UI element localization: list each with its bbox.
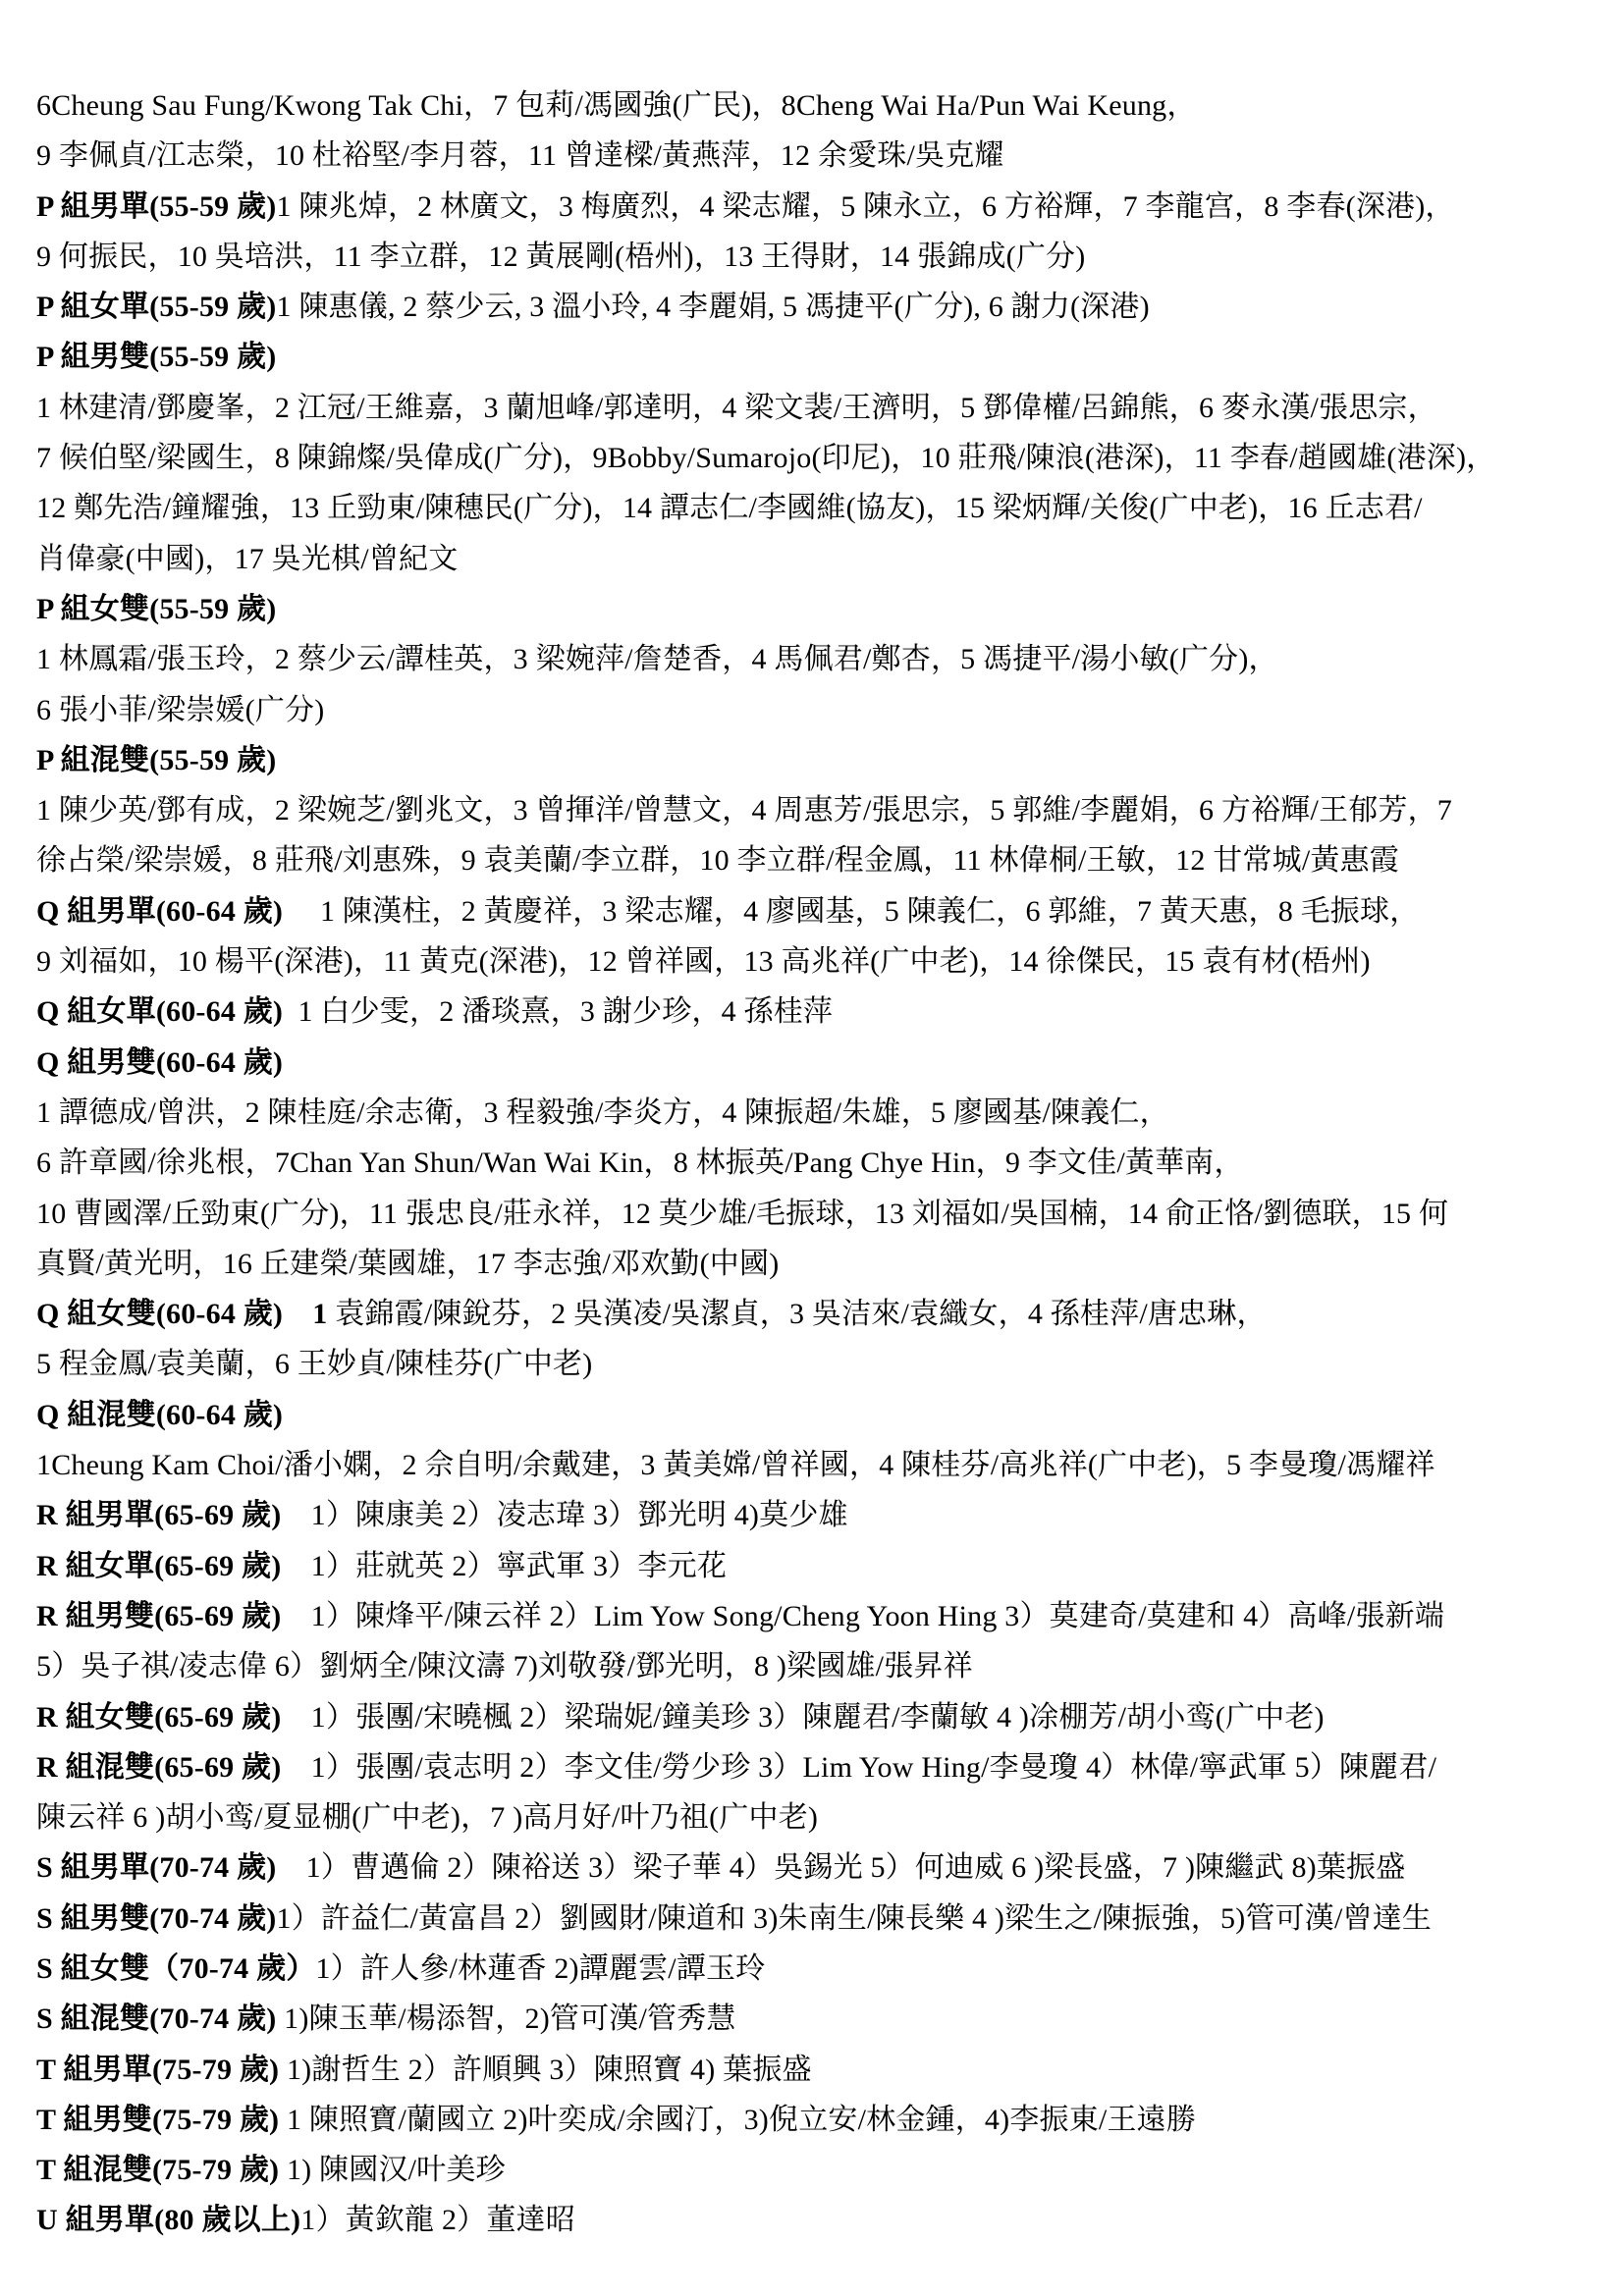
text-segment: 1 陳惠儀, 2 蔡少云, 3 溫小玲, 4 李麗娟, 5 馮捷平(广分), 6… (276, 291, 1149, 323)
section-header-text: P 組混雙(55-59 歲) (36, 744, 276, 776)
text-segment: 6 張小菲/梁崇媛(广分) (36, 694, 324, 726)
document-body: 6Cheung Sau Fung/Kwong Tak Chi，7 包莉/馮國強(… (36, 80, 1597, 2246)
section-header-text: Q 組男雙(60-64 歲) (36, 1046, 283, 1079)
text-segment: 1）莊就英 2）寧武軍 3）李元花 (281, 1550, 727, 1582)
section-header-text: R 組女單(65-69 歲) (36, 1550, 281, 1582)
text-line: 1 陳少英/鄧有成，2 梁婉芝/劉兆文，3 曾揮洋/曾慧文，4 周惠芳/張思宗，… (36, 785, 1597, 835)
text-segment: 1 陳漢柱，2 黃慶祥，3 梁志耀，4 廖國基，5 陳義仁，6 郭維，7 黃天惠… (283, 895, 1419, 928)
text-line: P 組女雙(55-59 歲) (36, 584, 1597, 634)
text-segment: 1 陳照寶/蘭國立 2)叶奕成/余國汀，3)倪立安/林金鍾，4)李振東/王遠勝 (279, 2104, 1196, 2136)
text-segment: 1 林建清/鄧慶峯，2 江冠/王維嘉，3 蘭旭峰/郭達明，4 梁文裴/王濟明，5… (36, 392, 1437, 424)
section-header-text: T 組混雙(75-79 歲) (36, 2154, 279, 2186)
text-line: R 組女雙(65-69 歲) 1）張團/宋曉楓 2）梁瑞妮/鐘美珍 3）陳麗君/… (36, 1692, 1597, 1742)
section-header-text: R 組女雙(65-69 歲) (36, 1701, 281, 1734)
text-line: P 組混雙(55-59 歲) (36, 735, 1597, 785)
section-header-text: S 組混雙(70-74 歲) (36, 2002, 276, 2035)
text-segment: 9 李佩貞/江志榮，10 杜裕堅/李月蓉，11 曾達樑/黃燕萍，12 余愛珠/吳… (36, 139, 1004, 172)
text-segment: 真賢/黄光明，16 丘建榮/葉國雄，17 李志強/邓欢勤(中國) (36, 1248, 779, 1280)
section-header-text: Q 組混雙(60-64 歲) (36, 1399, 283, 1431)
section-header-text: R 組男雙(65-69 歲) (36, 1600, 281, 1632)
text-line: 5）吳子祺/凌志偉 6）劉炳全/陳汶濤 7)刘敬發/鄧光明，8 )梁國雄/張昇祥 (36, 1641, 1597, 1691)
text-segment: 1 白少雯，2 潘琰熹，3 謝少珍，4 孫桂萍 (283, 995, 833, 1028)
text-segment: 9 何振民，10 吳培洪，11 李立群，12 黃展剛(梧州)，13 王得財，14… (36, 240, 1085, 273)
text-line: R 組混雙(65-69 歲) 1）張團/袁志明 2）李文佳/勞少珍 3）Lim … (36, 1742, 1597, 1792)
text-segment: 1）張團/宋曉楓 2）梁瑞妮/鐘美珍 3）陳麗君/李蘭敏 4 )凃棚芳/胡小鸾(… (281, 1701, 1324, 1734)
text-line: R 組男單(65-69 歲) 1）陳康美 2）凌志瑋 3）鄧光明 4)莫少雄 (36, 1490, 1597, 1540)
text-line: 1 林鳳霜/張玉玲，2 蔡少云/譚桂英，3 梁婉萍/詹楚香，4 馬佩君/鄭杏，5… (36, 634, 1597, 684)
text-line: 1Cheung Kam Choi/潘小嫻，2 佘自明/余戴建，3 黃美嫦/曾祥國… (36, 1440, 1597, 1490)
text-line: S 組男單(70-74 歲) 1）曹邁倫 2）陳裕送 3）梁子華 4）吳錫光 5… (36, 1842, 1597, 1893)
text-segment: 肖偉豪(中國)，17 吳光棋/曾紀文 (36, 543, 458, 575)
text-line: 肖偉豪(中國)，17 吳光棋/曾紀文 (36, 534, 1597, 584)
text-line: R 組男雙(65-69 歲) 1）陳烽平/陳云祥 2）Lim Yow Song/… (36, 1591, 1597, 1641)
section-header-text: R 組混雙(65-69 歲) (36, 1751, 281, 1784)
text-line: 9 何振民，10 吳培洪，11 李立群，12 黃展剛(梧州)，13 王得財，14… (36, 232, 1597, 282)
section-header-text: P 組女雙(55-59 歲) (36, 593, 276, 625)
text-line: 1 林建清/鄧慶峯，2 江冠/王維嘉，3 蘭旭峰/郭達明，4 梁文裴/王濟明，5… (36, 383, 1597, 433)
text-segment: 9 刘福如，10 楊平(深港)，11 黃克(深港)，12 曾祥國，13 高兆祥(… (36, 945, 1371, 978)
text-segment: 10 曹國澤/丘勁東(广分)，11 張忠良/莊永祥，12 莫少雄/毛振球，13 … (36, 1198, 1448, 1230)
text-segment: 6 許章國/徐兆根，7Chan Yan Shun/Wan Wai Kin，8 林… (36, 1147, 1244, 1179)
text-line: 12 鄭先浩/鐘耀強，13 丘勁東/陳穗民(广分)，14 譚志仁/李國維(協友)… (36, 483, 1597, 533)
text-segment: 1）黃欽龍 2）董達昭 (300, 2204, 575, 2236)
text-line: S 組混雙(70-74 歲) 1)陳玉華/楊添智，2)管可漢/管秀慧 (36, 1994, 1597, 2044)
text-line: 6 張小菲/梁崇媛(广分) (36, 685, 1597, 735)
text-line: T 組混雙(75-79 歲) 1) 陳國汉/叶美珍 (36, 2145, 1597, 2195)
text-line: 7 候伯堅/梁國生，8 陳錦燦/吳偉成(广分)，9Bobby/Sumarojo(… (36, 433, 1597, 483)
text-segment: 1）許人參/林蓮香 2)譚麗雲/譚玉玲 (315, 1952, 765, 1985)
text-segment: 1）張團/袁志明 2）李文佳/勞少珍 3）Lim Yow Hing/李曼瓊 4）… (281, 1751, 1436, 1784)
text-segment: 徐占榮/梁崇媛，8 莊飛/刘惠殊，9 袁美蘭/李立群，10 李立群/程金鳳，11… (36, 844, 1399, 877)
section-header-text: T 組男單(75-79 歲) (36, 2054, 279, 2086)
section-header-text: Q 組男單(60-64 歲) (36, 895, 283, 928)
text-segment: 1 譚德成/曾洪，2 陳桂庭/余志衛，3 程毅強/李炎方，4 陳振超/朱雄，5 … (36, 1096, 1169, 1129)
section-header-text: 1 (283, 1298, 327, 1330)
text-line: Q 組女雙(60-64 歲) 1 袁錦霞/陳銳芬，2 吳漢凌/吳潔貞，3 吳洁來… (36, 1289, 1597, 1339)
text-line: P 組女單(55-59 歲)1 陳惠儀, 2 蔡少云, 3 溫小玲, 4 李麗娟… (36, 282, 1597, 332)
text-line: Q 組女單(60-64 歲) 1 白少雯，2 潘琰熹，3 謝少珍，4 孫桂萍 (36, 987, 1597, 1037)
text-segment: 5）吳子祺/凌志偉 6）劉炳全/陳汶濤 7)刘敬發/鄧光明，8 )梁國雄/張昇祥 (36, 1650, 973, 1682)
text-segment: 1 陳少英/鄧有成，2 梁婉芝/劉兆文，3 曾揮洋/曾慧文，4 周惠芳/張思宗，… (36, 794, 1452, 827)
text-line: 徐占榮/梁崇媛，8 莊飛/刘惠殊，9 袁美蘭/李立群，10 李立群/程金鳳，11… (36, 835, 1597, 885)
section-header-text: Q 組女雙(60-64 歲) (36, 1298, 283, 1330)
text-segment: 5 程金鳳/袁美蘭，6 王妙貞/陳桂芬(广中老) (36, 1348, 592, 1380)
text-segment: 6Cheung Sau Fung/Kwong Tak Chi，7 包莉/馮國強(… (36, 89, 1197, 122)
text-line: P 組男單(55-59 歲)1 陳兆焯，2 林廣文，3 梅廣烈，4 梁志耀，5 … (36, 182, 1597, 232)
text-line: R 組女單(65-69 歲) 1）莊就英 2）寧武軍 3）李元花 (36, 1541, 1597, 1591)
section-header-text: P 組男單(55-59 歲) (36, 190, 276, 223)
text-segment: 1) 陳國汉/叶美珍 (279, 2154, 506, 2186)
text-line: 陳云祥 6 )胡小鸾/夏显棚(广中老)，7 )高月好/叶乃祖(广中老) (36, 1792, 1597, 1842)
section-header-text: P 組女單(55-59 歲) (36, 291, 276, 323)
section-header-text: S 組男雙(70-74 歲) (36, 1902, 276, 1935)
text-segment: 陳云祥 6 )胡小鸾/夏显棚(广中老)，7 )高月好/叶乃祖(广中老) (36, 1801, 818, 1834)
text-segment: 1)謝哲生 2）許順興 3）陳照寶 4) 葉振盛 (279, 2054, 811, 2086)
text-line: U 組男單(80 歲以上)1）黃欽龍 2）董達昭 (36, 2195, 1597, 2245)
text-segment: 1）曹邁倫 2）陳裕送 3）梁子華 4）吳錫光 5）何迪威 6 )梁長盛，7 )… (276, 1851, 1405, 1884)
text-segment: 7 候伯堅/梁國生，8 陳錦燦/吳偉成(广分)，9Bobby/Sumarojo(… (36, 442, 1495, 474)
text-line: Q 組混雙(60-64 歲) (36, 1390, 1597, 1440)
section-header-text: Q 組女單(60-64 歲) (36, 995, 283, 1028)
text-segment: 袁錦霞/陳銳芬，2 吳漢凌/吳潔貞，3 吳洁來/袁織女，4 孫桂萍/唐忠琳， (328, 1298, 1267, 1330)
text-segment: 1Cheung Kam Choi/潘小嫻，2 佘自明/余戴建，3 黃美嫦/曾祥國… (36, 1449, 1435, 1481)
text-line: 真賢/黄光明，16 丘建榮/葉國雄，17 李志強/邓欢勤(中國) (36, 1239, 1597, 1289)
text-segment: 1）陳烽平/陳云祥 2）Lim Yow Song/Cheng Yoon Hing… (281, 1600, 1444, 1632)
section-header-text: R 組男單(65-69 歲) (36, 1499, 281, 1531)
text-line: 9 李佩貞/江志榮，10 杜裕堅/李月蓉，11 曾達樑/黃燕萍，12 余愛珠/吳… (36, 131, 1597, 181)
text-line: 10 曹國澤/丘勁東(广分)，11 張忠良/莊永祥，12 莫少雄/毛振球，13 … (36, 1189, 1597, 1239)
text-line: 6 許章國/徐兆根，7Chan Yan Shun/Wan Wai Kin，8 林… (36, 1138, 1597, 1188)
text-segment: 12 鄭先浩/鐘耀強，13 丘勁東/陳穗民(广分)，14 譚志仁/李國維(協友)… (36, 492, 1423, 524)
section-header-text: T 組男雙(75-79 歲) (36, 2104, 279, 2136)
section-header-text: S 組男單(70-74 歲) (36, 1851, 276, 1884)
section-header-text: S 組女雙（70-74 歲） (36, 1952, 315, 1985)
text-line: T 組男雙(75-79 歲) 1 陳照寶/蘭國立 2)叶奕成/余國汀，3)倪立安… (36, 2095, 1597, 2145)
section-header-text: P 組男雙(55-59 歲) (36, 341, 276, 373)
text-line: S 組女雙（70-74 歲）1）許人參/林蓮香 2)譚麗雲/譚玉玲 (36, 1944, 1597, 1994)
text-line: 1 譚德成/曾洪，2 陳桂庭/余志衛，3 程毅強/李炎方，4 陳振超/朱雄，5 … (36, 1088, 1597, 1138)
text-segment: 1）許益仁/黃富昌 2）劉國財/陳道和 3)朱南生/陳長樂 4 )梁生之/陳振強… (276, 1902, 1432, 1935)
text-segment: 1)陳玉華/楊添智，2)管可漢/管秀慧 (276, 2002, 735, 2035)
text-line: 6Cheung Sau Fung/Kwong Tak Chi，7 包莉/馮國強(… (36, 80, 1597, 131)
text-line: Q 組男雙(60-64 歲) (36, 1038, 1597, 1088)
text-line: P 組男雙(55-59 歲) (36, 332, 1597, 382)
text-segment: 1 陳兆焯，2 林廣文，3 梅廣烈，4 梁志耀，5 陳永立，6 方裕輝，7 李龍… (276, 190, 1454, 223)
text-line: T 組男單(75-79 歲) 1)謝哲生 2）許順興 3）陳照寶 4) 葉振盛 (36, 2045, 1597, 2095)
text-segment: 1）陳康美 2）凌志瑋 3）鄧光明 4)莫少雄 (281, 1499, 847, 1531)
text-line: S 組男雙(70-74 歲)1）許益仁/黃富昌 2）劉國財/陳道和 3)朱南生/… (36, 1894, 1597, 1944)
text-segment: 1 林鳳霜/張玉玲，2 蔡少云/譚桂英，3 梁婉萍/詹楚香，4 馬佩君/鄭杏，5… (36, 643, 1278, 675)
text-line: 9 刘福如，10 楊平(深港)，11 黃克(深港)，12 曾祥國，13 高兆祥(… (36, 936, 1597, 987)
text-line: 5 程金鳳/袁美蘭，6 王妙貞/陳桂芬(广中老) (36, 1339, 1597, 1389)
section-header-text: U 組男單(80 歲以上) (36, 2204, 300, 2236)
text-line: Q 組男單(60-64 歲) 1 陳漢柱，2 黃慶祥，3 梁志耀，4 廖國基，5… (36, 886, 1597, 936)
